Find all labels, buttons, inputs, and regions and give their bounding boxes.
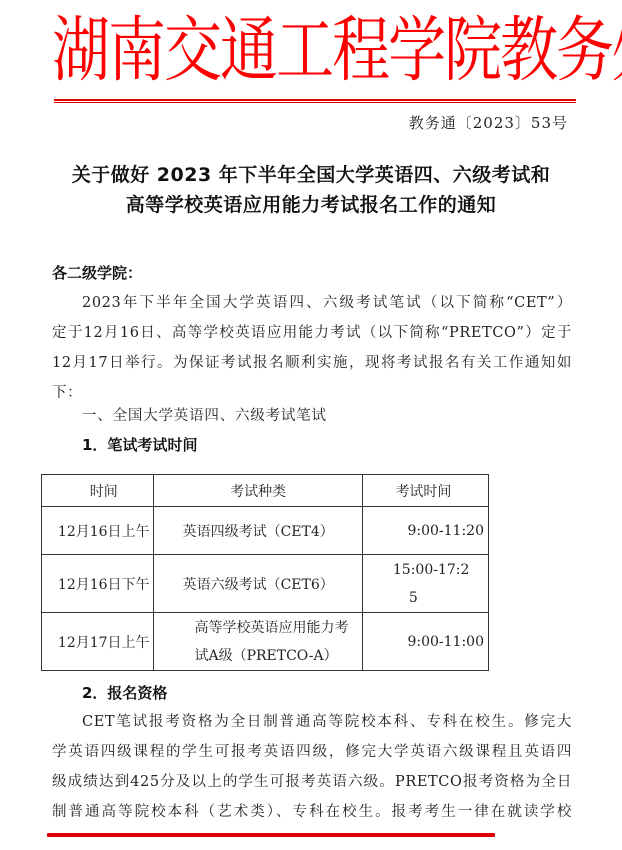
cell-exam-type: 英语六级考试（CET6） [154, 555, 362, 613]
table-row: 12月16日下午 英语六级考试（CET6） 15:00-17:2 5 [42, 555, 489, 613]
table-header-row: 时间 考试种类 考试时间 [42, 475, 489, 507]
eligibility-paragraph: CET笔试报考资格为全日制普通高等院校本科、专科在校生。修完大 学英语四级课程的… [52, 707, 572, 827]
cell-date: 12月17日上午 [42, 613, 154, 671]
paragraph-line: 级成绩达到425分及以上的学生可报考英语六级。PRETCO报考资格为全日 [52, 767, 572, 797]
paragraph-line: CET笔试报考资格为全日制普通高等院校本科、专科在校生。修完大 [52, 707, 572, 737]
cell-text-line: 5 [393, 584, 484, 612]
column-header: 考试时间 [362, 475, 488, 507]
cell-date: 12月16日上午 [42, 507, 154, 555]
masthead-char: 通 [220, 0, 276, 106]
paragraph-line: 2023年下半年全国大学英语四、六级考试笔试（以下简称“CET”） [52, 288, 572, 318]
cell-exam-time: 15:00-17:2 5 [362, 555, 488, 613]
masthead-char: 务 [556, 0, 612, 106]
masthead-char: 南 [108, 0, 164, 106]
paragraph-line: 12月17日举行。为保证考试报名顺利实施，现将考试报名有关工作通知如 [52, 348, 572, 378]
cell-exam-time: 9:00-11:00 [362, 613, 488, 671]
masthead-char: 程 [332, 0, 388, 106]
subsection-heading-eligibility: 2．报名资格 [82, 682, 167, 703]
cell-exam-type: 高等学校英语应用能力考 试A级（PRETCO-A） [154, 613, 362, 671]
document-number: 教务通〔2023〕53号 [409, 112, 568, 133]
red-divider-top [54, 99, 576, 103]
cell-date: 12月16日下午 [42, 555, 154, 613]
paragraph-line: 学英语四级课程的学生可报考英语四级，修完大学英语六级课程且英语四 [52, 737, 572, 767]
masthead-char: 湖 [52, 0, 108, 106]
subsection-heading-exam-time: 1．笔试考试时间 [82, 434, 197, 455]
cell-text-line: 试A级（PRETCO-A） [194, 642, 361, 670]
intro-paragraph: 2023年下半年全国大学英语四、六级考试笔试（以下简称“CET”） 定于12月1… [52, 288, 572, 408]
table-row: 12月17日上午 高等学校英语应用能力考 试A级（PRETCO-A） 9:00-… [42, 613, 489, 671]
masthead-char: 交 [164, 0, 220, 106]
paragraph-line: 制普通高等院校本科（艺术类）、专科在校生。报考考生一律在就读学校 [52, 797, 572, 827]
section-heading: 一、全国大学英语四、六级考试笔试 [82, 404, 327, 425]
masthead-char: 工 [276, 0, 332, 106]
cell-text-line: 15:00-17:2 [393, 556, 484, 584]
cell-text-line: 高等学校英语应用能力考 [194, 614, 361, 642]
masthead-char: 学 [388, 0, 444, 106]
masthead-char: 教 [500, 0, 556, 106]
masthead-char: 处 [612, 0, 622, 106]
masthead-title: 湖 南 交 通 工 程 学 院 教 务 处 [52, 4, 576, 96]
masthead-char: 院 [444, 0, 500, 106]
salutation: 各二级学院： [52, 262, 142, 283]
notice-title-line2: 高等学校英语应用能力考试报名工作的通知 [0, 190, 622, 217]
paragraph-line: 定于12月16日、高等学校英语应用能力考试（以下简称“PRETCO”）定于 [52, 318, 572, 348]
column-header: 时间 [42, 475, 154, 507]
exam-schedule-table: 时间 考试种类 考试时间 12月16日上午 英语四级考试（CET4） 9:00-… [41, 474, 489, 671]
column-header: 考试种类 [154, 475, 362, 507]
notice-title-line1: 关于做好 2023 年下半年全国大学英语四、六级考试和 [0, 160, 622, 187]
table-row: 12月16日上午 英语四级考试（CET4） 9:00-11:20 [42, 507, 489, 555]
red-divider-bottom [47, 833, 495, 837]
cell-exam-type: 英语四级考试（CET4） [154, 507, 362, 555]
cell-exam-time: 9:00-11:20 [362, 507, 488, 555]
